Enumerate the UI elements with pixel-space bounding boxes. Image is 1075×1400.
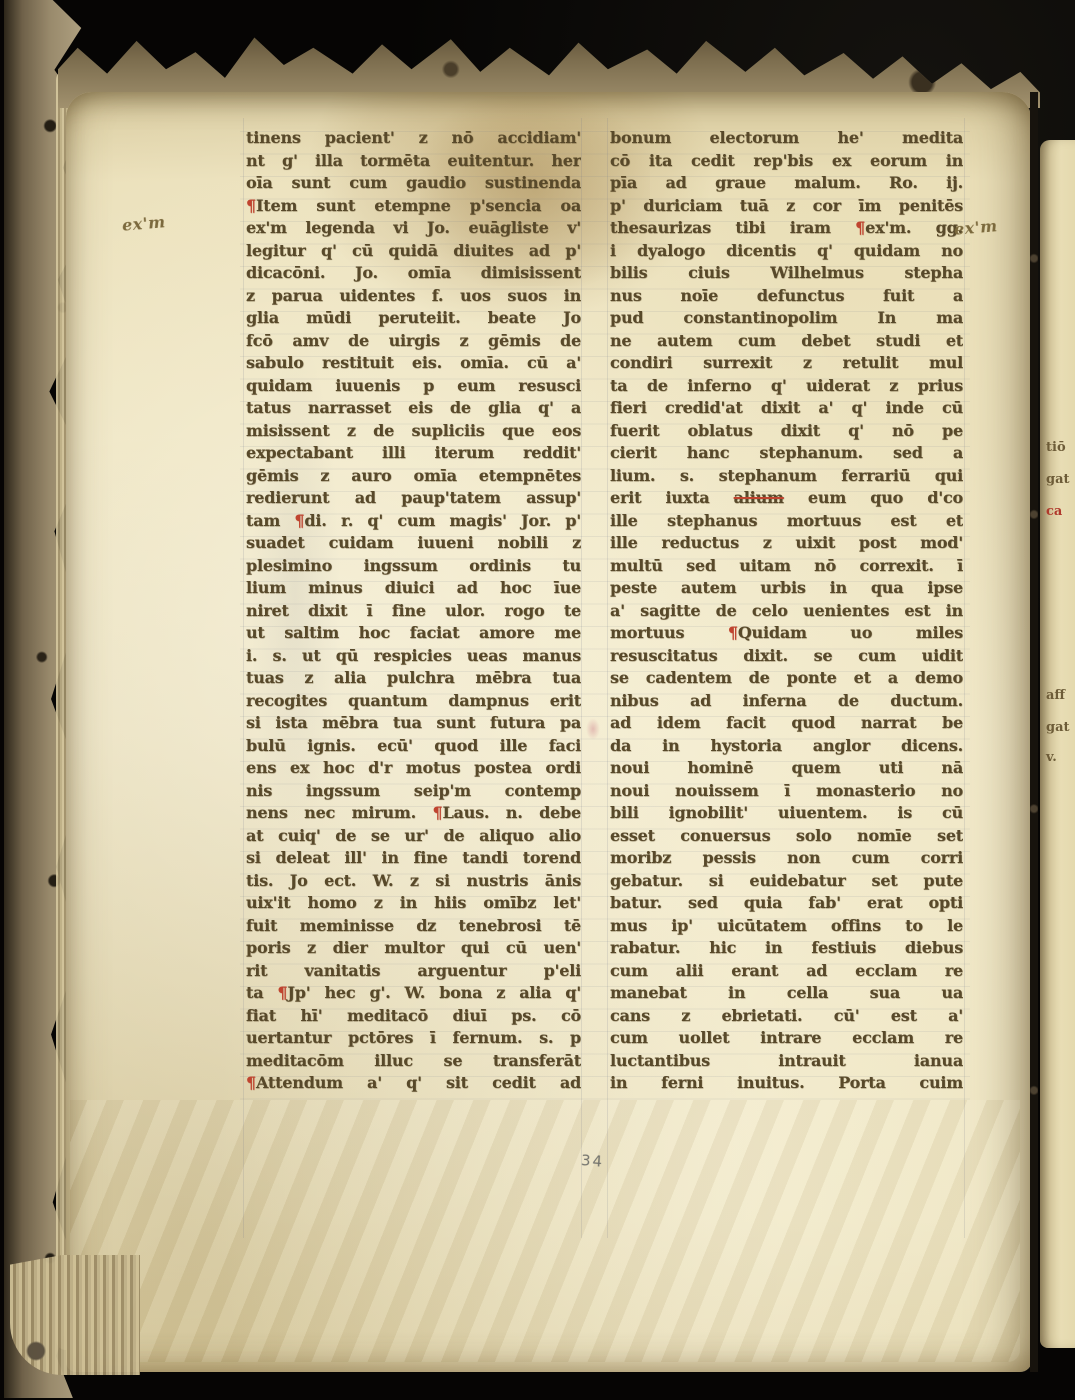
manuscript-text-line: tatus narrasset eis de glia q' a <box>246 397 581 420</box>
manuscript-text-line: thesaurizas tibi iram ¶ex'm. gg. <box>610 217 963 240</box>
margin-note-exemplum-left: ex'm <box>121 212 166 235</box>
manuscript-text-line: mortuus ¶Quidam uo miles <box>610 622 963 645</box>
manuscript-text-line: ¶Item sunt etempne p'sencia oa <box>246 195 581 218</box>
rubric-pilcrow: ¶ <box>277 983 287 1002</box>
manuscript-text-line: nt g' illa tormēta euitentur. her <box>246 150 581 173</box>
manuscript-text-line: nus noīe defunctus fuit a <box>610 285 963 308</box>
manuscript-text-line: peste autem urbis in qua ipse <box>610 577 963 600</box>
manuscript-text-line: ad idem facit quod narrat be <box>610 712 963 735</box>
binding-gutter <box>1030 92 1038 1372</box>
manuscript-text-line: nens nec mirum. ¶Laus. n. debe <box>246 802 581 825</box>
manuscript-text-line: meditacōm illuc se transferāt <box>246 1050 581 1073</box>
manuscript-text-line: sabulo restituit eis. omīa. cū a' <box>246 352 581 375</box>
manuscript-text-line: cō ita cedit rep'bis ex eorum in <box>610 150 963 173</box>
manuscript-text-line: a' sagitte de celo uenientes est in <box>610 600 963 623</box>
manuscript-text-line: at cuiq' de se ur' de aliquo alio <box>246 825 581 848</box>
manuscript-text-line: rit vanitatis arguentur p'eli <box>246 960 581 983</box>
manuscript-text-line: ille stephanus mortuus est et <box>610 510 963 533</box>
manuscript-text-line: batur. sed quia fab' erat opti <box>610 892 963 915</box>
manuscript-text-line: fcō amv de uirgis z gēmis de <box>246 330 581 353</box>
manuscript-text-line: fiat hī' meditacō diuī ps. cō <box>246 1005 581 1028</box>
ruling-line-vertical <box>964 118 965 1238</box>
manuscript-text-line: cierit hanc stephanum. sed a <box>610 442 963 465</box>
manuscript-text-line: bili ignobilit' uiuentem. is cū <box>610 802 963 825</box>
manuscript-text-line: fieri credid'at dixit a' q' inde cū <box>610 397 963 420</box>
rubric-pilcrow: ¶ <box>246 1073 256 1092</box>
red-strikethrough: alium <box>734 488 784 507</box>
manuscript-text-line: pīa ad graue malum. Ro. ij. <box>610 172 963 195</box>
rubric-pilcrow: ¶ <box>432 803 442 822</box>
manuscript-text-line: suadet cuidam iuueni nobili z <box>246 532 581 555</box>
manuscript-text-line: erit iuxta alium eum quo d'co <box>610 487 963 510</box>
manuscript-text-line: plesimino ingssum ordinis tu <box>246 555 581 578</box>
manuscript-text-line: expectabant illi iterum reddit' <box>246 442 581 465</box>
manuscript-text-line: multū sed uitam nō correxit. ī <box>610 555 963 578</box>
manuscript-text-line: esset conuersus solo nomīe set <box>610 825 963 848</box>
manuscript-text-line: glia mūdi peruteiit. beate Jo <box>246 307 581 330</box>
manuscript-text-line: uix'it homo z in hiis omībz let' <box>246 892 581 915</box>
manuscript-text-line: recogites quantum dampnus erit <box>246 690 581 713</box>
manuscript-text-line: tam ¶di. r. q' cum magis' Jor. p' <box>246 510 581 533</box>
manuscript-text-line: rabatur. hic in festiuis diebus <box>610 937 963 960</box>
manuscript-text-line: poris z dier multor qui cū uen' <box>246 937 581 960</box>
facing-page-sliver: tiōgatcaaffgatv. <box>1040 140 1075 1348</box>
rubric-pilcrow: ¶ <box>855 218 865 237</box>
manuscript-text-line: resuscitatus dixit. se cum uidit <box>610 645 963 668</box>
manuscript-text-line: misissent z de supliciis que eos <box>246 420 581 443</box>
manuscript-text-line: si deleat ill' in fine tandi torend <box>246 847 581 870</box>
manuscript-text-line: cum alii erant ad ecclam re <box>610 960 963 983</box>
manuscript-text-line: nis ingssum seip'm contemp <box>246 780 581 803</box>
manuscript-text-line: dicacōni. Jo. omīa dimisissent <box>246 262 581 285</box>
margin-note-exemplum-right: ex'm <box>953 216 998 239</box>
manuscript-text-line: i dyalogo dicentis q' quidam no <box>610 240 963 263</box>
page-edge-stack-corner <box>10 1255 140 1375</box>
manuscript-text-line: nibus ad inferna de ductum. <box>610 690 963 713</box>
manuscript-text-line: noui nouissem ī monasterio no <box>610 780 963 803</box>
manuscript-text-line: in ferni inuitus. Porta cuim <box>610 1072 963 1095</box>
ruling-line-vertical <box>243 118 244 1238</box>
manuscript-text-line: gebatur. si euidebatur set pute <box>610 870 963 893</box>
manuscript-text-line: pud constantinopolim In ma <box>610 307 963 330</box>
manuscript-text-line: moribz pessis non cum corri <box>610 847 963 870</box>
manuscript-text-line: luctantibus intrauit ianua <box>610 1050 963 1073</box>
manuscript-text-line: noui hominē quem uti nā <box>610 757 963 780</box>
text-column-right: bonum electorum he' meditacō ita cedit r… <box>610 127 963 1095</box>
manuscript-text-line: condiri surrexit z retulit mul <box>610 352 963 375</box>
manuscript-text-line: ta de inferno q' uiderat z prius <box>610 375 963 398</box>
rubric-pilcrow: ¶ <box>294 511 304 530</box>
manuscript-text-line: i. s. ut qū respicies ueas manus <box>246 645 581 668</box>
manuscript-text-line: ille reductus z uixit post mod' <box>610 532 963 555</box>
parchment-wrinkles <box>70 1100 1020 1362</box>
manuscript-text-line: bulū ignis. ecū' quod ille faci <box>246 735 581 758</box>
manuscript-text-line: gēmis z auro omīa etempnētes <box>246 465 581 488</box>
manuscript-text-line: niret dixit ī fine ulor. rogo te <box>246 600 581 623</box>
manuscript-text-line: da in hystoria anglor dicens. <box>610 735 963 758</box>
manuscript-text-line: bilis ciuis Wilhelmus stepha <box>610 262 963 285</box>
facing-page-text-fragment: gat <box>1046 472 1070 487</box>
facing-page-text-fragment: tiō <box>1046 440 1066 455</box>
facing-page-text-fragment: aff <box>1046 688 1065 703</box>
facing-page-text-fragment: v. <box>1046 750 1057 765</box>
text-column-left: tinens pacient' z nō accidiam'nt g' illa… <box>246 127 581 1095</box>
manuscript-text-line: fuerit oblatus dixit q' nō pe <box>610 420 963 443</box>
manuscript-text-line: se cadentem de ponte et a demo <box>610 667 963 690</box>
manuscript-text-line: oīa sunt cum gaudio sustinenda <box>246 172 581 195</box>
rubric-pilcrow: ¶ <box>728 623 738 642</box>
manuscript-text-line: si ista mēbra tua sunt futura pa <box>246 712 581 735</box>
manuscript-text-line: fuit meminisse dz tenebrosi tē <box>246 915 581 938</box>
ruling-line-vertical <box>581 118 582 1238</box>
manuscript-text-line: tis. Jo ect. W. z si nustris ānis <box>246 870 581 893</box>
manuscript-text-line: cans z ebrietati. cū' est a' <box>610 1005 963 1028</box>
manuscript-text-line: legitur q' cū quidā diuites ad p' <box>246 240 581 263</box>
manuscript-text-line: ens ex hoc d'r motus postea ordi <box>246 757 581 780</box>
manuscript-photo: tinens pacient' z nō accidiam'nt g' illa… <box>0 0 1075 1400</box>
manuscript-text-line: mus ip' uicūtatem offins to le <box>610 915 963 938</box>
manuscript-text-line: uertantur pctōres ī fernum. s. p <box>246 1027 581 1050</box>
manuscript-text-line: bonum electorum he' medita <box>610 127 963 150</box>
manuscript-text-line: cum uollet intrare ecclam re <box>610 1027 963 1050</box>
rubric-pilcrow: ¶ <box>246 196 256 215</box>
manuscript-text-line: z parua uidentes f. uos suos in <box>246 285 581 308</box>
manuscript-text-line: lium. s. stephanum ferrariū qui <box>610 465 963 488</box>
manuscript-text-line: ex'm legenda vi Jo. euāgliste v' <box>246 217 581 240</box>
ruling-line-vertical <box>607 118 608 1238</box>
manuscript-text-line: ut saltim hoc faciat amore me <box>246 622 581 645</box>
manuscript-text-line: ne autem cum debet studi et <box>610 330 963 353</box>
manuscript-text-line: redierunt ad paup'tatem assup' <box>246 487 581 510</box>
manuscript-text-line: ta ¶Jp' hec g'. W. bona z alia q' <box>246 982 581 1005</box>
facing-page-text-fragment: ca <box>1046 504 1062 519</box>
pencil-folio-number: 34 <box>580 1151 604 1171</box>
manuscript-text-line: tinens pacient' z nō accidiam' <box>246 127 581 150</box>
manuscript-text-line: quidam iuuenis p eum resusci <box>246 375 581 398</box>
manuscript-text-line: ¶Attendum a' q' sit cedit ad <box>246 1072 581 1095</box>
manuscript-text-line: manebat in cella sua ua <box>610 982 963 1005</box>
manuscript-text-line: p' duriciam tuā z cor īm penitēs <box>610 195 963 218</box>
facing-page-text-fragment: gat <box>1046 720 1070 735</box>
manuscript-text-line: lium minus diuici ad hoc īue <box>246 577 581 600</box>
manuscript-text-line: tuas z alia pulchra mēbra tua <box>246 667 581 690</box>
